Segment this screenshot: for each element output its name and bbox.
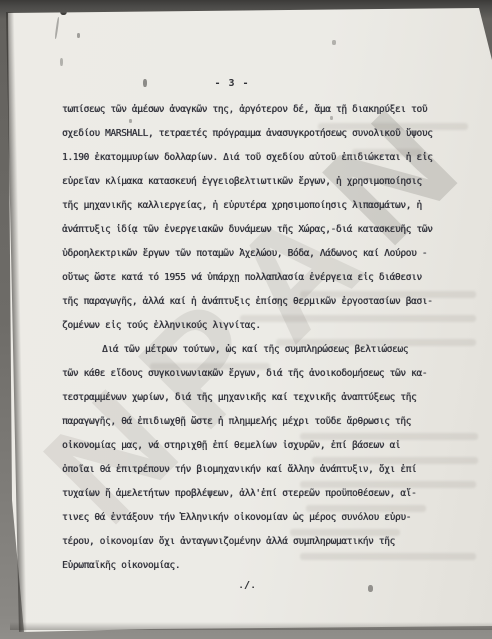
paper-edge (10, 622, 492, 630)
typewritten-line: εὐρεῖαν κλίμακα κατασκευή ἐγγειοβελτιωτι… (62, 170, 452, 194)
pencil-mark (77, 33, 80, 38)
pencil-mark (332, 40, 336, 45)
typewritten-line: τῶν κάθε εἴδους συγκοινωνιακῶν ἔργων, δι… (62, 362, 452, 386)
continuation-mark: ./. (238, 580, 256, 591)
pencil-mark (54, 17, 59, 39)
typewritten-line: Εὐρωπαϊκῆς οἰκονομίας. (62, 554, 452, 578)
typewritten-line: τινες θά ἐντάξουν τήν Ἑλληνικήν οἰκονομί… (62, 506, 452, 530)
typewritten-line: τῆς παραγωγῆς, ἀλλά καί ἡ ἀνάπτυξις ἐπίσ… (62, 290, 452, 314)
typewritten-line: οἰκονομίας μας, νά στηριχθῇ ἐπί θεμελίων… (62, 434, 452, 458)
typewritten-line: τυχαίων ἤ ἀμελετήτων προβλέψεων, ἀλλ'ἐπί… (62, 482, 452, 506)
typewritten-line: Διά τῶν μέτρων τούτων, ὡς καί τῆς συμπλη… (62, 338, 452, 362)
pencil-mark (60, 5, 67, 15)
typewritten-line: ζομένων εἰς τούς ἑλληνικούς λιγνίτας. (62, 314, 452, 338)
typewritten-line: ἀνάπτυξις ἰδίᾳ τῶν ἐνεργειακῶν δυνάμεων … (62, 218, 452, 242)
typewritten-line: οὕτως ὥστε κατά τό 1955 νά ὑπάρχῃ πολλαπ… (62, 266, 452, 290)
typewritten-line: τεστραμμένων χωρίων, διά τῆς μηχανικῆς κ… (62, 386, 452, 410)
typewritten-line: 1.190 ἑκατομμυρίων δολλαρίων. Διά τοῦ σχ… (62, 146, 452, 170)
typewritten-line: σχεδίου MARSHALL, τετραετές πρόγραμμα ἀν… (62, 122, 452, 146)
typewritten-line: ὑδροηλεκτρικῶν ἔργων τῶν ποταμῶν Ἀχελώου… (62, 242, 452, 266)
scanned-page: ΝΡΑΝ - 3 - τωπίσεως τῶν ἀμέσων ἀναγκῶν τ… (0, 0, 492, 639)
typewritten-body: τωπίσεως τῶν ἀμέσων ἀναγκῶν της, ἀργότερ… (62, 98, 452, 578)
typewritten-line: ὁποῖαι θά ἐπιτρέπουν τήν βιομηχανικήν κα… (62, 458, 452, 482)
typewritten-line: τῆς μηχανικῆς καλλιεργείας, ἡ εὐρυτέρα χ… (62, 194, 452, 218)
page-number: - 3 - (0, 78, 464, 89)
typewritten-line: τωπίσεως τῶν ἀμέσων ἀναγκῶν της, ἀργότερ… (62, 98, 452, 122)
typewritten-line: παραγωγῆς, θά ἐπιδιωχθῇ ὥστε ἡ πλημμελής… (62, 410, 452, 434)
pencil-mark (60, 58, 63, 66)
scan-background: ΝΡΑΝ - 3 - τωπίσεως τῶν ἀμέσων ἀναγκῶν τ… (0, 0, 492, 639)
typewritten-line: τέρου, οἰκονομίαν ὄχι ἀνταγωνιζομένην ἀλ… (62, 530, 452, 554)
pencil-mark (368, 585, 373, 592)
